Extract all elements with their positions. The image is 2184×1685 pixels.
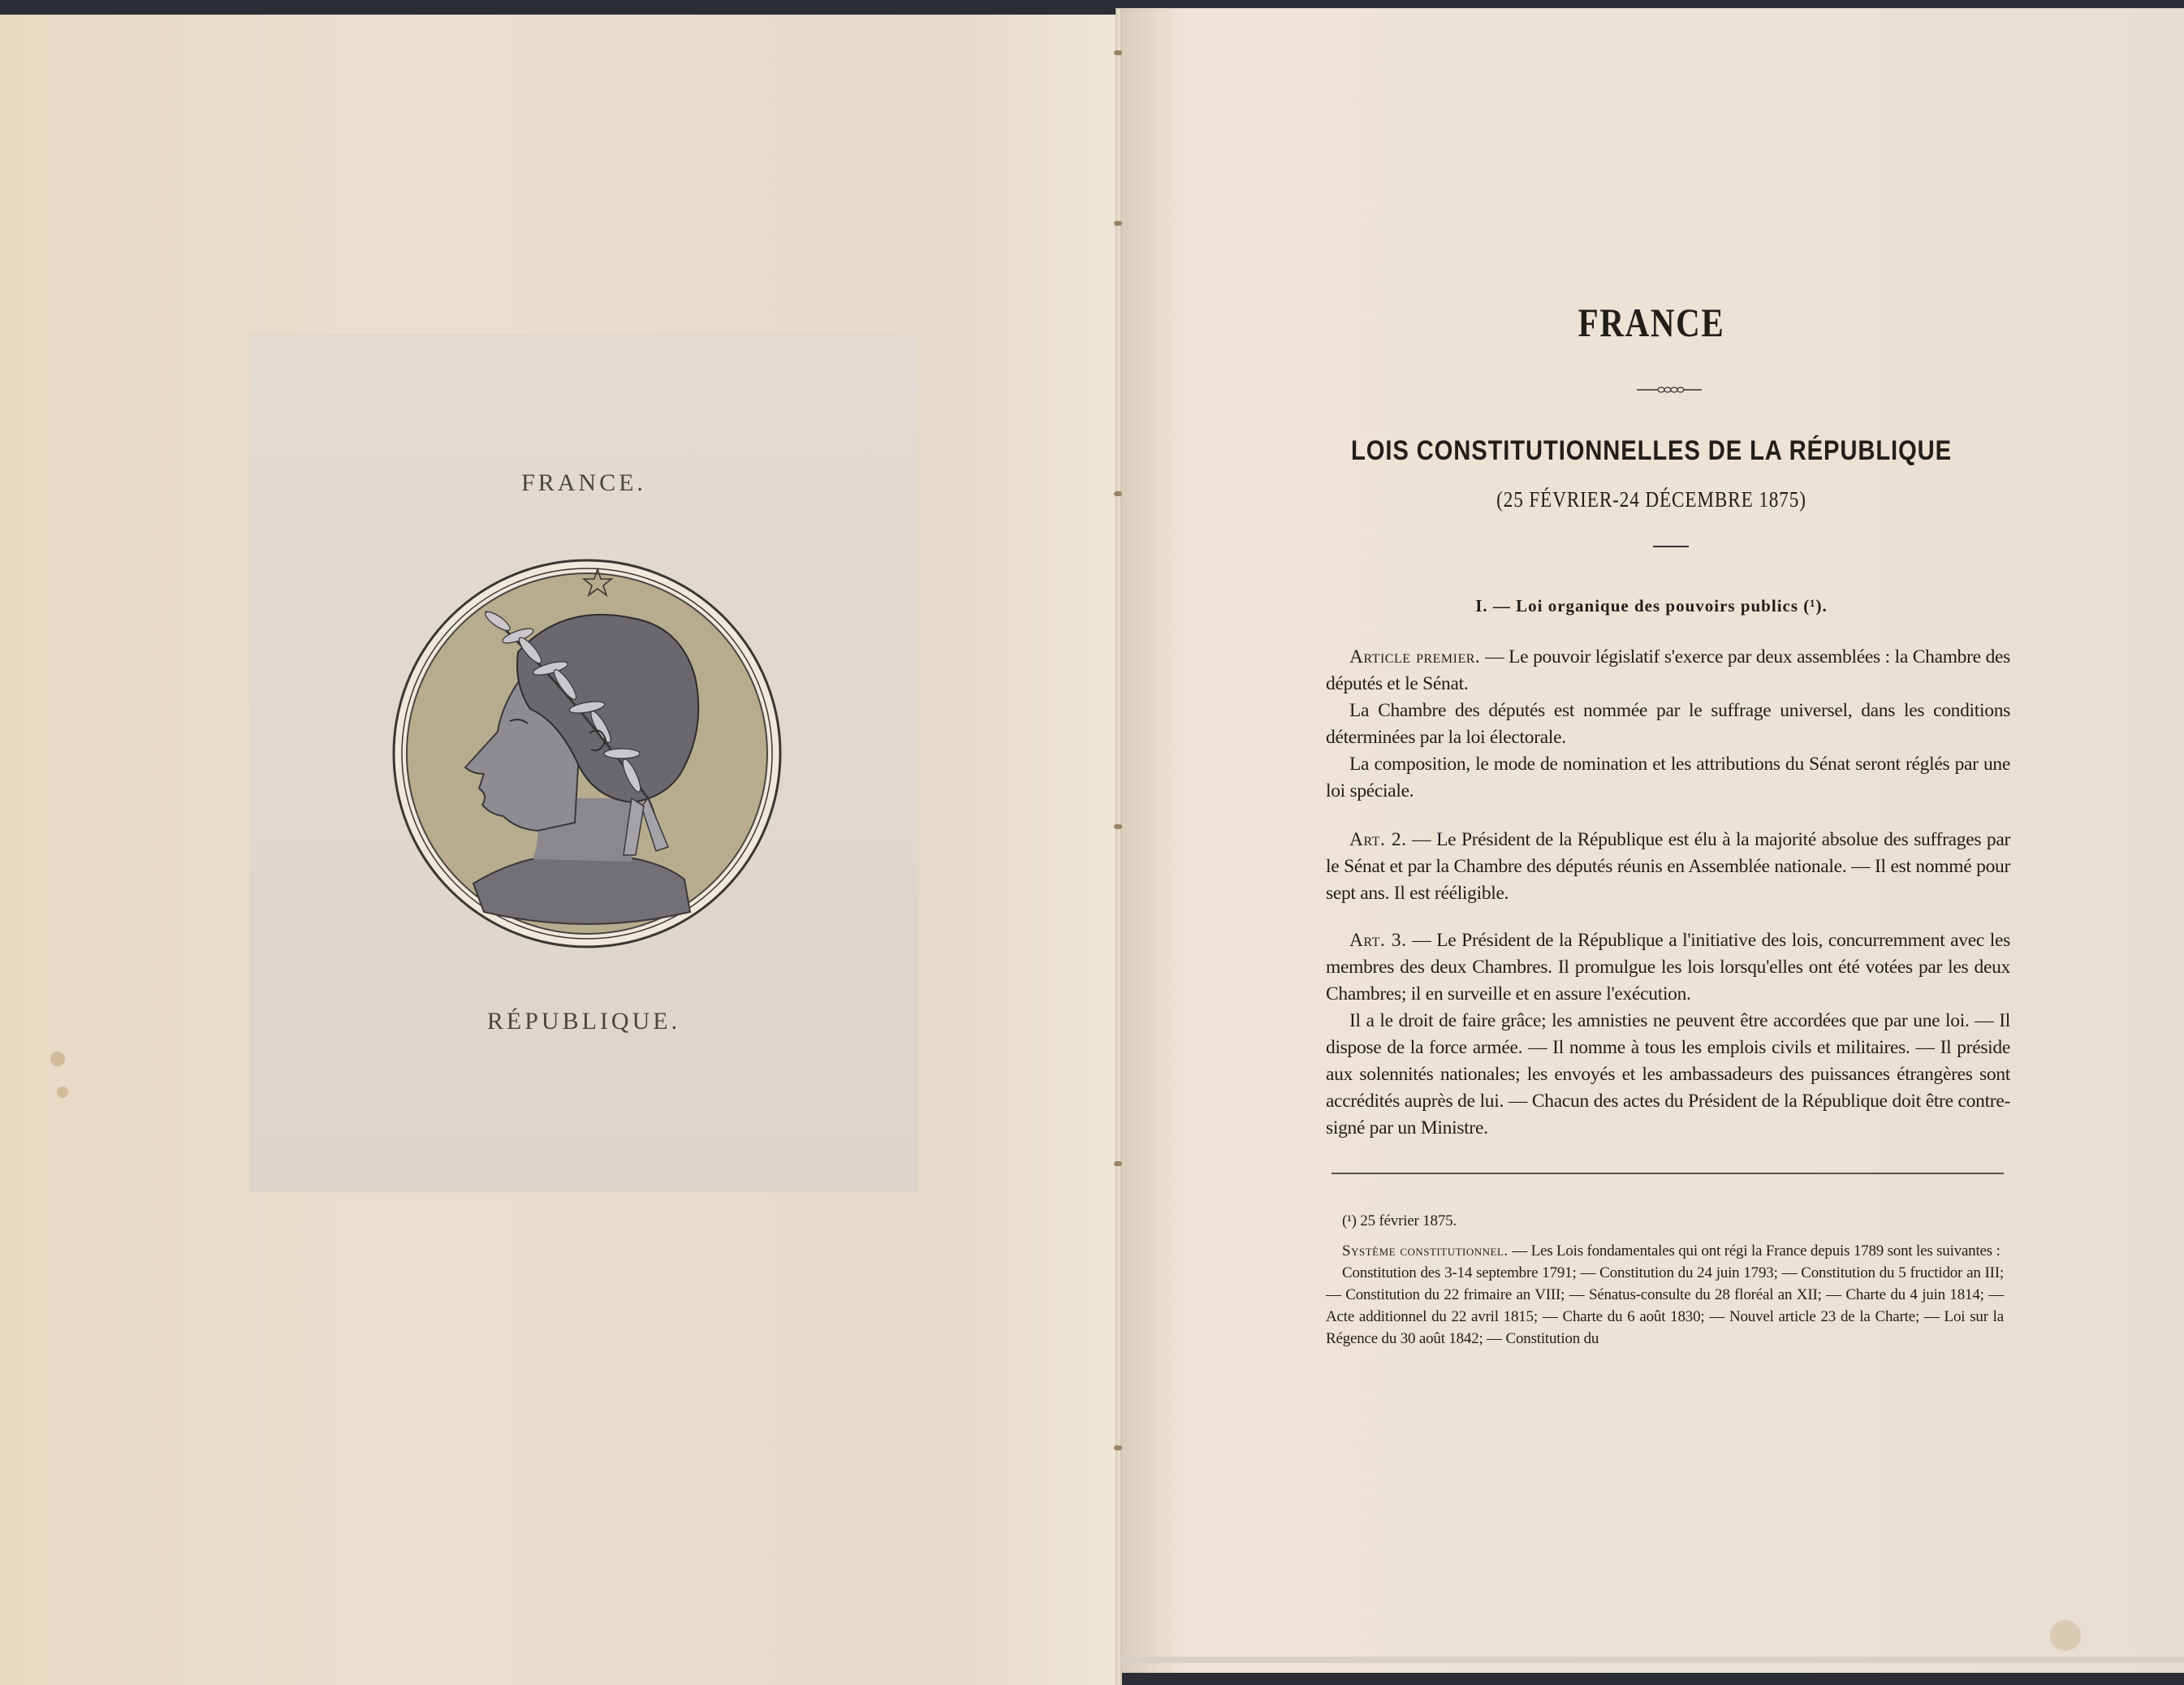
marianne-medallion-icon	[388, 555, 786, 953]
article-paragraph: Il a le droit de faire grâce; les amnist…	[1326, 1008, 2010, 1142]
article-paragraph: La Chambre des députés est nommée par le…	[1326, 698, 2010, 751]
article-text: — Le Président de la République a l'init…	[1326, 930, 2010, 1005]
divider-rule	[1653, 546, 1689, 547]
binding-stitch	[1114, 491, 1122, 496]
foxing-stain	[2050, 1620, 2081, 1651]
article-label: Article premier.	[1349, 646, 1480, 668]
illustration-plate: FRANCE.	[250, 335, 917, 1191]
article-2: Art. 2. — Le Président de la République …	[1326, 827, 2010, 907]
footnote-1: (¹) 25 février 1875.	[1326, 1210, 2004, 1232]
plate-label-republique: RÉPUBLIQUE.	[250, 1008, 917, 1035]
footnotes: (¹) 25 février 1875. Système constitutio…	[1326, 1210, 2004, 1350]
foxing-stain	[57, 1087, 68, 1098]
article-paragraph: La composition, le mode de nomination et…	[1326, 751, 2010, 805]
article-label: Art. 2.	[1349, 829, 1406, 850]
footnote-text: — Les Lois fondamentales qui ont régi la…	[1512, 1242, 2000, 1259]
page-edge	[1120, 1657, 2184, 1663]
footnote-list: Constitution des 3-14 septembre 1791; — …	[1326, 1262, 2004, 1350]
book-gutter	[1116, 8, 1122, 1685]
binding-stitch	[1114, 50, 1122, 55]
binding-stitch	[1114, 1161, 1122, 1166]
plate-label-france: FRANCE.	[250, 469, 917, 497]
article-premier: Article premier. — Le pouvoir législatif…	[1326, 644, 2010, 805]
date-range: (25 FÉVRIER-24 DÉCEMBRE 1875)	[1193, 487, 2109, 512]
article-3: Art. 3. — Le Président de la République …	[1326, 927, 2010, 1142]
section-heading: I. — Loi organique des pouvoirs publics …	[1119, 596, 2184, 616]
footnote-label: Système constitutionnel.	[1342, 1242, 1509, 1259]
binding-stitch	[1114, 221, 1122, 226]
article-label: Art. 3.	[1349, 930, 1407, 951]
document-subtitle: LOIS CONSTITUTIONNELLES DE LA RÉPUBLIQUE	[1193, 435, 2109, 467]
footnote-rule	[1332, 1173, 2004, 1174]
article-text: — Le Président de la République est élu …	[1326, 829, 2010, 904]
book-spread: FRANCE.	[0, 0, 2184, 1685]
foxing-stain	[50, 1052, 65, 1066]
ornament-divider-icon	[1637, 386, 1702, 394]
binding-stitch	[1114, 1445, 1122, 1450]
page-title: FRANCE	[1215, 299, 2088, 346]
binding-stitch	[1114, 824, 1122, 829]
